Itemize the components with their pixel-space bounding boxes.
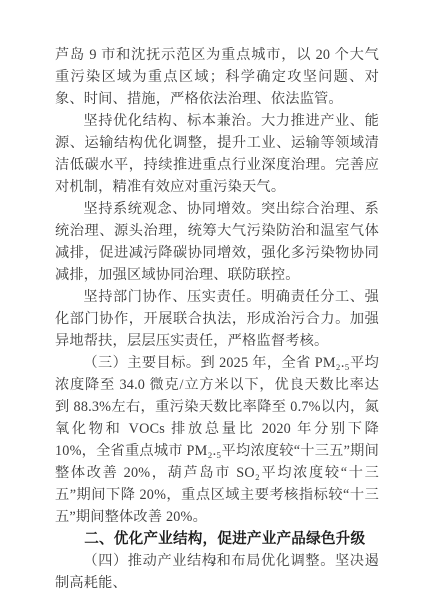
paragraph-main-targets: （三）主要目标。到 2025 年，全省 PM₂.₅平均浓度降至 34.0 微克/… [55, 352, 379, 528]
paragraph-principle-structure: 坚持优化结构、标本兼治。大力推进产业、能源、运输结构优化调整，提升工业、运输等领… [55, 110, 379, 198]
document-page: 芦岛 9 市和沈抚示范区为重点城市，以 20 个大气重污染区域为重点区域；科学确… [0, 0, 427, 604]
page-number: 2 [0, 555, 427, 567]
section-heading-2: 二、优化产业结构，促进产业产品绿色升级 [55, 528, 379, 550]
document-content: 芦岛 9 市和沈抚示范区为重点城市，以 20 个大气重污染区域为重点区域；科学确… [55, 44, 379, 594]
paragraph-continuation: 芦岛 9 市和沈抚示范区为重点城市，以 20 个大气重污染区域为重点区域；科学确… [55, 44, 379, 110]
paragraph-principle-responsibility: 坚持部门协作、压实责任。明确责任分工、强化部门协作，开展联合执法，形成治污合力。… [55, 286, 379, 352]
paragraph-principle-system: 坚持系统观念、协同增效。突出综合治理、系统治理、源头治理，统筹大气污染防治和温室… [55, 198, 379, 286]
